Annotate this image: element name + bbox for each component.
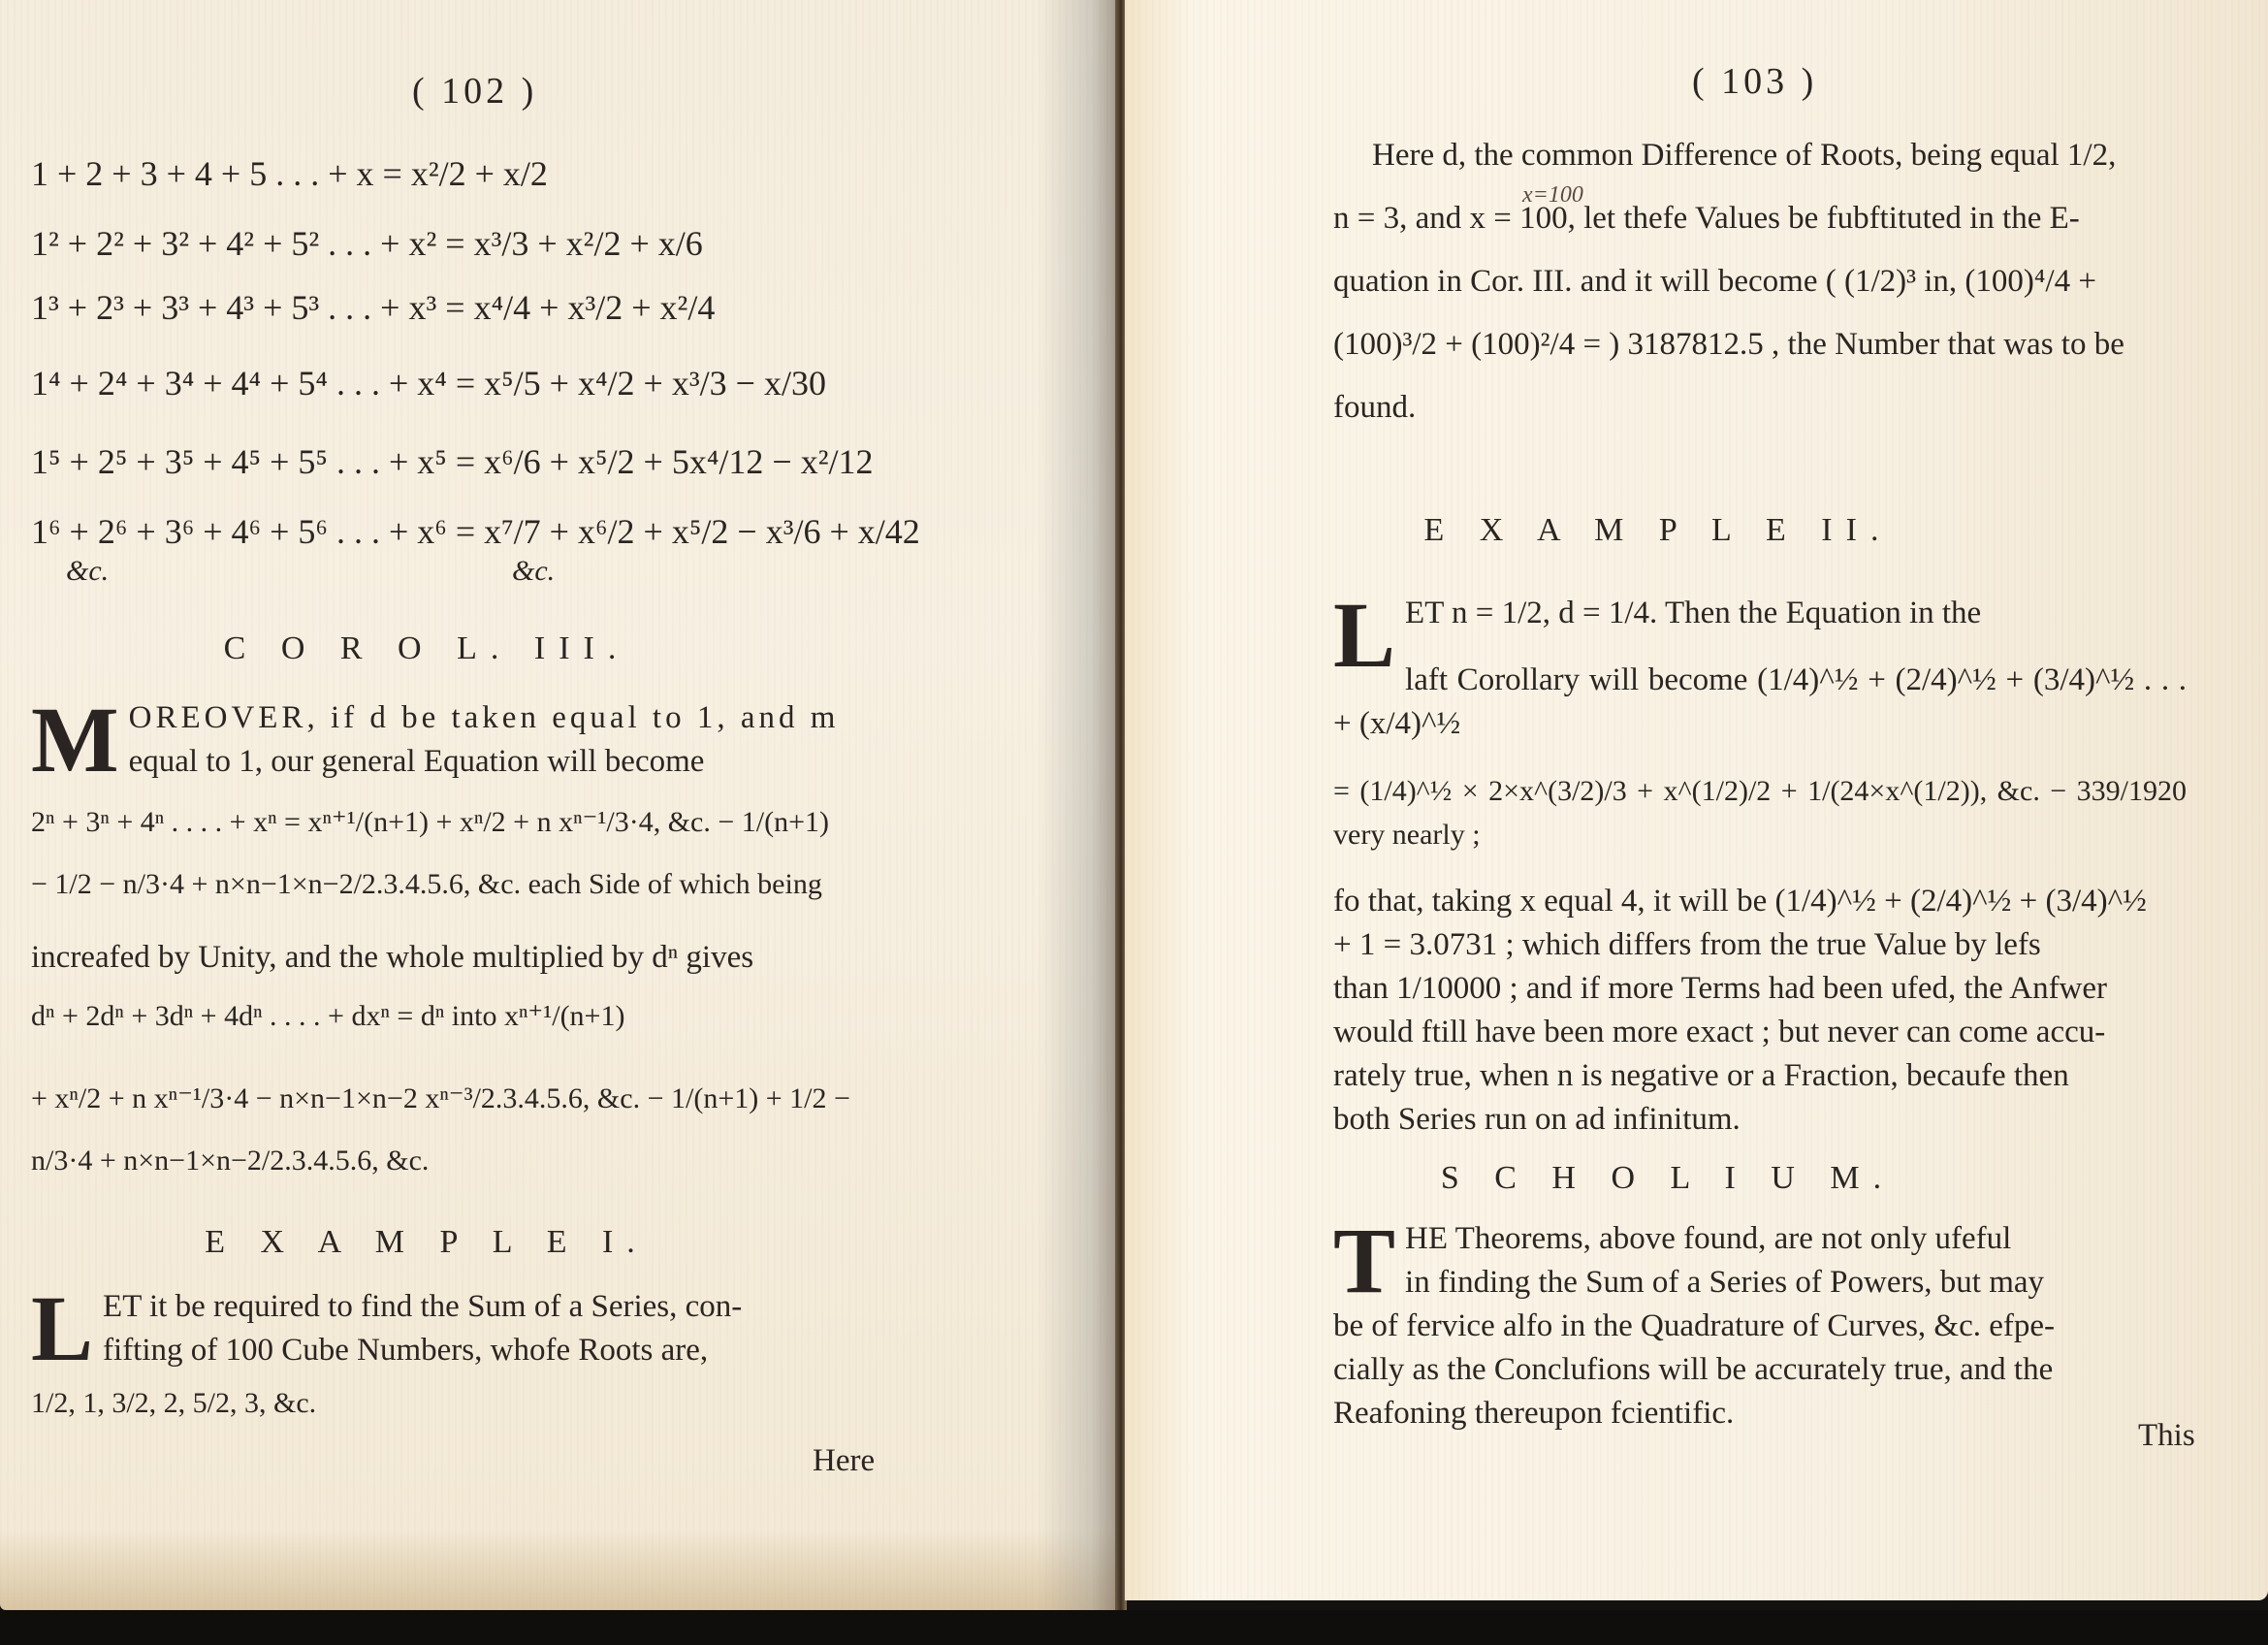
text-line: HE Theorems, above found, are not only u… [1333, 1217, 2187, 1261]
section-heading-example-ii: E X A M P L E II. [1319, 512, 1997, 549]
equation-lhs: 1⁶ + 2⁶ + 3⁶ + 4⁶ + 5⁶ . . . + x⁶ [31, 512, 447, 551]
section-heading-example-i: E X A M P L E I. [0, 1224, 853, 1261]
catchword: This [2138, 1418, 2195, 1454]
section-heading-scholium: S C H O L I U M. [1319, 1160, 2017, 1197]
equation-lhs: 1² + 2² + 3² + 4² + 5² . . . + x² [31, 224, 436, 263]
paragraph-1: Here d, the common Difference of Roots, … [1333, 134, 2187, 430]
text-line: in finding the Sum of a Series of Powers… [1333, 1261, 2187, 1305]
corol-paragraph: M OREOVER, if d be taken equal to 1, and… [31, 696, 879, 784]
text-line: Reafoning thereupon fcientific. [1333, 1392, 2187, 1435]
text-line: OREOVER, if d be taken equal to 1, and m [31, 696, 879, 740]
text-line: found. [1333, 386, 2187, 430]
text-line: rately true, when n is negative or a Fra… [1333, 1054, 2187, 1098]
text-line: both Series run on ad infinitum. [1333, 1098, 2187, 1142]
equation-lhs: 1⁵ + 2⁵ + 3⁵ + 4⁵ + 5⁵ . . . + x⁵ [31, 442, 447, 481]
equation-line: 1/2, 1, 3/2, 2, 5/2, 3, &c. [31, 1387, 316, 1420]
text-line: fo that, taking x equal 4, it will be (1… [1333, 880, 2187, 923]
text-line: increafed by Unity, and the whole multip… [31, 936, 879, 980]
etc-mark: &c. [66, 555, 109, 588]
equation-lhs: 1⁴ + 2⁴ + 3⁴ + 4⁴ + 5⁴ . . . + x⁴ [31, 364, 447, 403]
text-line: quation in Cor. III. and it will become … [1333, 260, 2187, 304]
text-line: Here d, the common Difference of Roots, … [1333, 134, 2187, 177]
equation-rhs: = x⁴/4 + x³/2 + x²/4 [445, 288, 715, 327]
drop-cap: M [31, 702, 119, 778]
text-line: would ftill have been more exact ; but n… [1333, 1011, 2187, 1054]
equation-rhs: = x⁷/7 + x⁶/2 + x⁵/2 − x³/6 + x/42 [456, 512, 920, 551]
text-line: cially as the Conclufions will be accura… [1333, 1348, 2187, 1392]
drop-cap: T [1333, 1223, 1395, 1299]
equation-rhs: = x²/2 + x/2 [383, 154, 548, 193]
catchword: Here [813, 1443, 875, 1479]
equation-lhs: 1³ + 2³ + 3³ + 4³ + 5³ . . . + x³ [31, 288, 436, 327]
equation-line: n/3·4 + n×n−1×n−2/2.3.4.5.6, &c. [31, 1145, 429, 1177]
equation-row: 1³ + 2³ + 3³ + 4³ + 5³ . . . + x³ = x⁴/4… [31, 287, 715, 328]
example-ii-paragraph: L ET n = 1/2, d = 1/4. Then the Equation… [1333, 592, 2187, 1142]
section-heading-corol-iii: C O R O L. III. [0, 630, 853, 667]
right-page: ( 103 ) x=100 Here d, the common Differe… [1125, 0, 2268, 1600]
text-line: = (1/4)^½ × 2×x^(3/2)/3 + x^(1/2)/2 + 1/… [1333, 769, 2187, 856]
equation-row: 1² + 2² + 3² + 4² + 5² . . . + x² = x³/3… [31, 223, 703, 264]
book-bottom-edge [0, 1610, 2268, 1645]
equation-line: dⁿ + 2dⁿ + 3dⁿ + 4dⁿ . . . . + dxⁿ = dⁿ … [31, 999, 624, 1033]
left-page: ( 102 ) 1 + 2 + 3 + 4 + 5 . . . + x = x²… [0, 0, 1115, 1610]
text-line: laft Corollary will become (1/4)^½ + (2/… [1333, 659, 2187, 746]
equation-line: + xⁿ/2 + n xⁿ⁻¹/3·4 − n×n−1×n−2 xⁿ⁻³/2.3… [31, 1081, 850, 1115]
text-line: fifting of 100 Cube Numbers, whofe Roots… [31, 1329, 879, 1372]
text-line: equal to 1, our general Equation will be… [31, 740, 879, 784]
equation-row: 1⁵ + 2⁵ + 3⁵ + 4⁵ + 5⁵ . . . + x⁵ = x⁶/6… [31, 441, 874, 482]
equation-row: 1 + 2 + 3 + 4 + 5 . . . + x = x²/2 + x/2 [31, 153, 548, 194]
equation-line: − 1/2 − n/3·4 + n×n−1×n−2/2.3.4.5.6, &c.… [31, 868, 822, 901]
equation-rhs: = x³/3 + x²/2 + x/6 [445, 224, 703, 263]
drop-cap: L [1333, 597, 1395, 673]
page-number: ( 103 ) [1692, 60, 1817, 103]
drop-cap: L [31, 1291, 93, 1367]
text-line: be of fervice alfo in the Quadrature of … [1333, 1305, 2187, 1348]
text-line: than 1/10000 ; and if more Terms had bee… [1333, 967, 2187, 1011]
scholium-paragraph: T HE Theorems, above found, are not only… [1333, 1217, 2187, 1435]
text-line: ET it be required to find the Sum of a S… [31, 1285, 879, 1329]
text-line: (100)³/2 + (100)²/4 = ) 3187812.5 , the … [1333, 323, 2187, 367]
example-i-paragraph: L ET it be required to find the Sum of a… [31, 1285, 879, 1372]
equation-row: 1⁶ + 2⁶ + 3⁶ + 4⁶ + 5⁶ . . . + x⁶ = x⁷/7… [31, 511, 920, 552]
text-line: + 1 = 3.0731 ; which differs from the tr… [1333, 923, 2187, 967]
page-number: ( 102 ) [412, 70, 537, 113]
equation-rhs: = x⁵/5 + x⁴/2 + x³/3 − x/30 [456, 364, 826, 403]
etc-mark: &c. [512, 555, 555, 588]
equation-line: 2ⁿ + 3ⁿ + 4ⁿ . . . . + xⁿ = xⁿ⁺¹/(n+1) +… [31, 805, 829, 839]
equation-row: 1⁴ + 2⁴ + 3⁴ + 4⁴ + 5⁴ . . . + x⁴ = x⁵/5… [31, 363, 826, 403]
text-line: n = 3, and x = 100, let thefe Values be … [1333, 197, 2187, 241]
equation-lhs: 1 + 2 + 3 + 4 + 5 . . . + x [31, 154, 374, 193]
text-line: ET n = 1/2, d = 1/4. Then the Equation i… [1333, 592, 2187, 635]
equation-rhs: = x⁶/6 + x⁵/2 + 5x⁴/12 − x²/12 [456, 442, 874, 481]
